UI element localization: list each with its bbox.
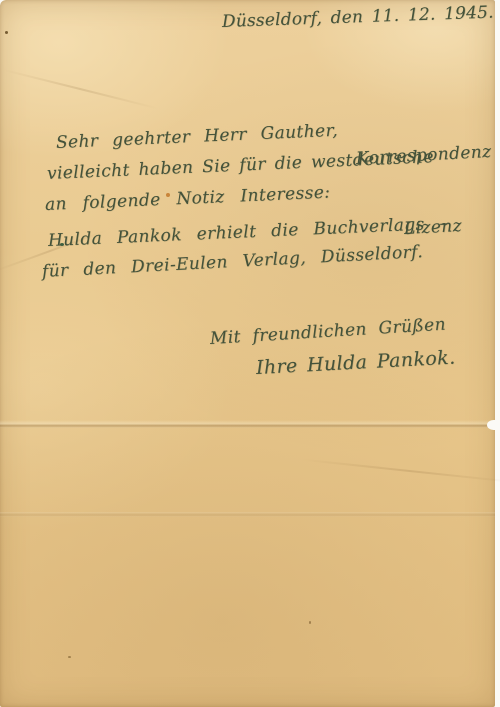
torn-edge-notch	[487, 420, 500, 430]
diagonal-crease	[300, 459, 500, 484]
letter-paper: Düsseldorf, den 11. 12. 1945. Sehr geehr…	[0, 0, 495, 707]
paper-speck	[309, 621, 311, 624]
faint-fold-crease	[0, 512, 495, 517]
scanned-letter: Düsseldorf, den 11. 12. 1945. Sehr geehr…	[0, 0, 500, 707]
horizontal-fold-crease	[0, 420, 495, 428]
salutation-line: Sehr geehrter Herr Gauther,	[56, 121, 339, 153]
dateline: Düsseldorf, den 11. 12. 1945.	[222, 3, 494, 32]
paper-speck	[68, 656, 71, 658]
closing-line: Mit freundlichen Grüßen	[209, 315, 446, 349]
body-line-2: an folgende Notiz Interesse:	[45, 183, 331, 215]
notice-line-1-raised-word: Lizenz	[403, 216, 462, 239]
paper-speck	[5, 31, 8, 34]
diagonal-crease	[2, 69, 158, 110]
body-line-1-raised-word: Korrespondenz	[355, 142, 492, 169]
signature-line: Ihre Hulda Pankok.	[255, 347, 456, 379]
